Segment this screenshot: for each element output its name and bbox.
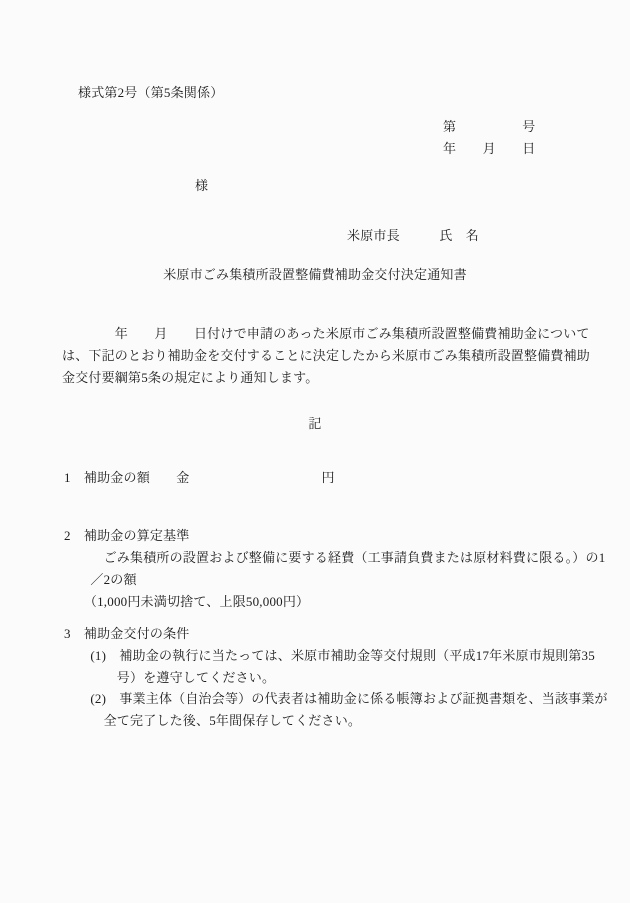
doc-number-line: 第 号 [443, 119, 535, 135]
record-marker: 記 [0, 416, 630, 432]
item-3-line-3: 号）を遵守してください。 [64, 670, 275, 686]
item-2-line-4: （1,000円未満切捨て、上限50,000円） [64, 594, 309, 610]
item-3-line-5: 全て完了した後、5年間保存してください。 [64, 713, 361, 729]
sender-mayor-line: 米原市長 氏 名 [347, 228, 479, 244]
addressee-honorific: 様 [195, 178, 208, 194]
item-2-line-3: ／2の額 [64, 572, 137, 588]
body-line-2: は、下記のとおり補助金を交付することに決定したから米原市ごみ集積所設置整備費補助 [62, 348, 590, 364]
item-1-line-1: 1 補助金の額 金 円 [64, 470, 335, 486]
document-title: 米原市ごみ集積所設置整備費補助金交付決定通知書 [0, 267, 630, 283]
item-2-line-1: 2 補助金の算定基準 [64, 528, 190, 544]
form-number-label: 様式第2号（第5条関係） [78, 85, 223, 101]
item-3-line-1: 3 補助金交付の条件 [64, 626, 190, 642]
body-line-1: 年 月 日付けで申請のあった米原市ごみ集積所設置整備費補助金について [62, 326, 590, 342]
body-line-3: 金交付要綱第5条の規定により通知します。 [62, 370, 318, 386]
item-3-line-4: (2) 事業主体（自治会等）の代表者は補助金に係る帳簿および証拠書類を、当該事業… [64, 691, 608, 707]
document-page: 様式第2号（第5条関係） 第 号 年 月 日 様 米原市長 氏 名 米原市ごみ集… [0, 0, 630, 903]
doc-date-line: 年 月 日 [443, 141, 535, 157]
item-3-line-2: (1) 補助金の執行に当たっては、米原市補助金等交付規則（平成17年米原市規則第… [64, 648, 595, 664]
item-2-line-2: ごみ集積所の設置および整備に要する経費（工事請負費または原材料費に限る。）の1 [64, 550, 605, 566]
